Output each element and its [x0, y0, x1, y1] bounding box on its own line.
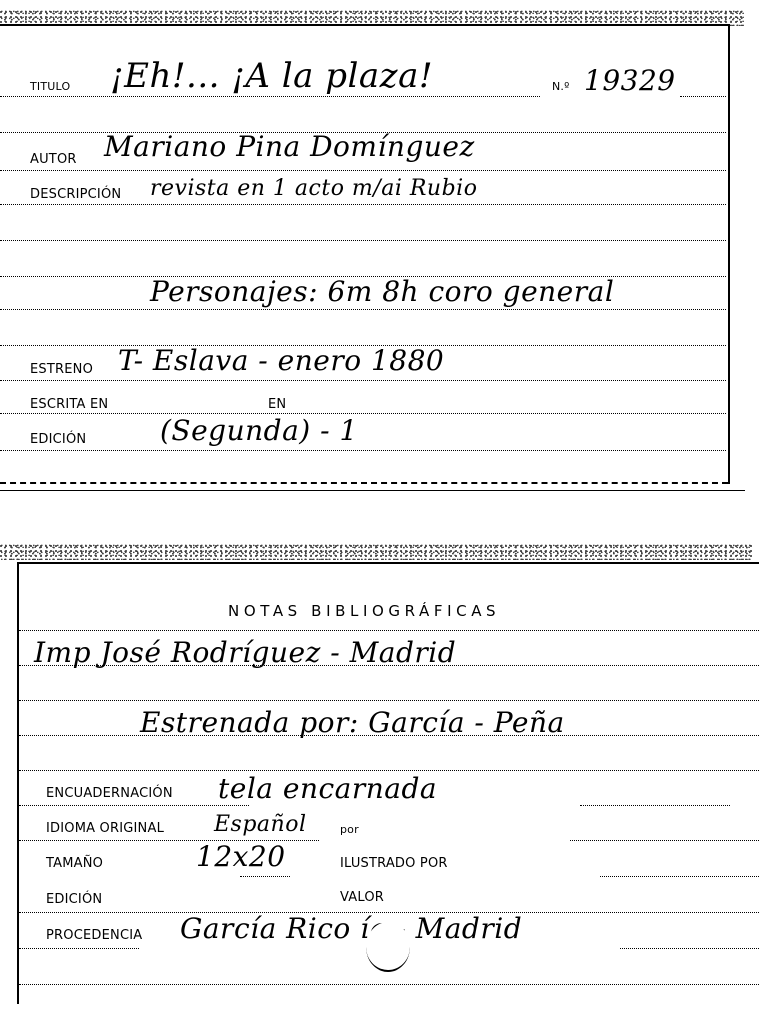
rule-line	[19, 700, 759, 701]
rule-line	[19, 948, 139, 949]
numero-value: 19329	[584, 64, 676, 97]
descripcion-label: DESCRIPCIÓN	[30, 187, 121, 202]
autor-label: AUTOR	[30, 152, 77, 167]
procedencia-value: García Rico ía - Madrid	[180, 912, 522, 945]
estreno-value: T- Eslava - enero 1880	[118, 344, 444, 377]
rule-line	[0, 380, 726, 381]
notas-heading: NOTAS BIBLIOGRÁFICAS	[228, 602, 500, 620]
procedencia-label: PROCEDENCIA	[46, 928, 142, 943]
rule-line	[0, 240, 726, 241]
edicion-value: (Segunda) - 1	[160, 414, 358, 447]
rule-line	[19, 630, 759, 631]
edicion-label: EDICIÓN	[30, 432, 86, 447]
rule-line	[19, 984, 759, 985]
rule-line	[19, 805, 249, 806]
rule-line	[240, 876, 290, 877]
idioma-original-value: Español	[214, 812, 307, 837]
tamano-label: TAMAÑO	[46, 856, 103, 871]
encuadernacion-label: ENCUADERNACIÓN	[46, 786, 173, 801]
rule-line	[620, 948, 759, 949]
rule-line	[580, 805, 730, 806]
personajes-value: Personajes: 6m 8h coro general	[150, 275, 614, 308]
idioma-original-label: IDIOMA ORIGINAL	[46, 821, 164, 836]
titulo-label: TITULO	[30, 80, 70, 93]
por-label: por	[340, 823, 359, 836]
en-label: EN	[268, 397, 286, 412]
note-line-2: Estrenada por: García - Peña	[140, 706, 565, 739]
rule-line	[0, 309, 726, 310]
escrita-en-label: ESCRITA EN	[30, 397, 108, 412]
valor-label: VALOR	[340, 890, 384, 905]
rule-line	[0, 170, 726, 171]
estreno-label: ESTRENO	[30, 362, 93, 377]
scan-noise-middle	[0, 544, 752, 560]
note-line-1: Imp José Rodríguez - Madrid	[34, 636, 456, 669]
titulo-value: ¡Eh!... ¡A la plaza!	[110, 56, 433, 96]
rule-line	[570, 840, 759, 841]
encuadernacion-value: tela encarnada	[218, 772, 437, 805]
ink-blot-mark	[366, 922, 410, 972]
rule-line	[0, 204, 726, 205]
rule-line	[0, 96, 540, 97]
numero-label: N.º	[552, 80, 570, 93]
rule-line	[680, 96, 726, 97]
descripcion-value: revista en 1 acto m/ai Rubio	[150, 176, 477, 201]
card-bottom-edge	[0, 482, 728, 484]
card-separator	[0, 490, 745, 491]
rule-line	[0, 413, 726, 414]
rule-line	[0, 450, 726, 451]
edicion-back-label: EDICIÓN	[46, 892, 102, 907]
tamano-value: 12x20	[196, 840, 286, 873]
rule-line	[19, 770, 759, 771]
autor-value: Mariano Pina Domínguez	[104, 130, 475, 163]
rule-line	[600, 876, 759, 877]
ilustrado-por-label: ILUSTRADO POR	[340, 856, 448, 871]
